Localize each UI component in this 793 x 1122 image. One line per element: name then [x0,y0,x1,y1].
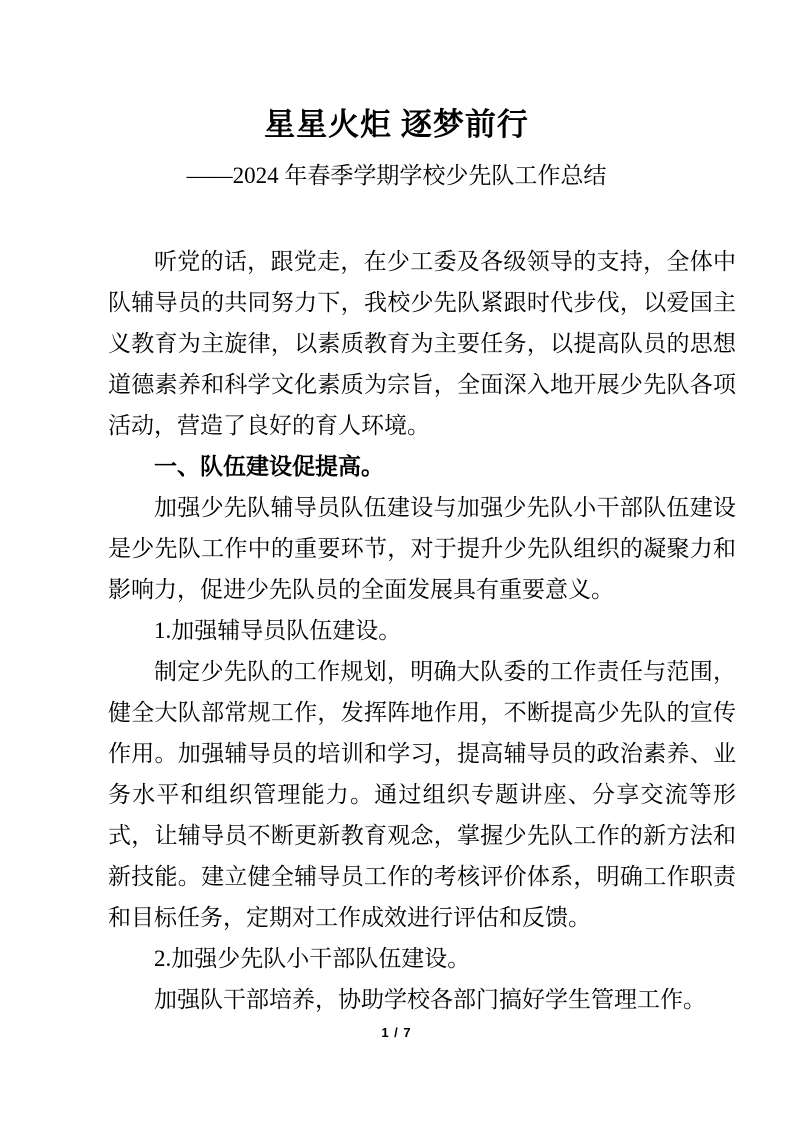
page-number: 1 / 7 [0,1025,793,1040]
document-body: 听党的话，跟党走，在少工委及各级领导的支持，全体中队辅导员的共同努力下，我校少先… [108,241,736,1020]
subsection-heading-cadre-team: 2.加强少先队小干部队伍建设。 [108,938,736,979]
paragraph-team-building-overview: 加强少先队辅导员队伍建设与加强少先队小干部队伍建设是少先队工作中的重要环节，对于… [108,487,736,610]
paragraph-cadre-team-detail: 加强队干部培养，协助学校各部门搞好学生管理工作。 [108,979,736,1020]
subsection-heading-counselor-team: 1.加强辅导员队伍建设。 [108,610,736,651]
paragraph-counselor-team-detail: 制定少先队的工作规划，明确大队委的工作责任与范围，健全大队部常规工作，发挥阵地作… [108,651,736,938]
document-title: 星星火炬 逐梦前行 [0,104,793,146]
document-subtitle: ——2024 年春季学期学校少先队工作总结 [0,159,793,192]
document-page: 星星火炬 逐梦前行 ——2024 年春季学期学校少先队工作总结 听党的话，跟党走… [0,0,793,1122]
paragraph-intro: 听党的话，跟党走，在少工委及各级领导的支持，全体中队辅导员的共同努力下，我校少先… [108,241,736,446]
section-heading-team-building: 一、队伍建设促提高。 [108,446,736,487]
